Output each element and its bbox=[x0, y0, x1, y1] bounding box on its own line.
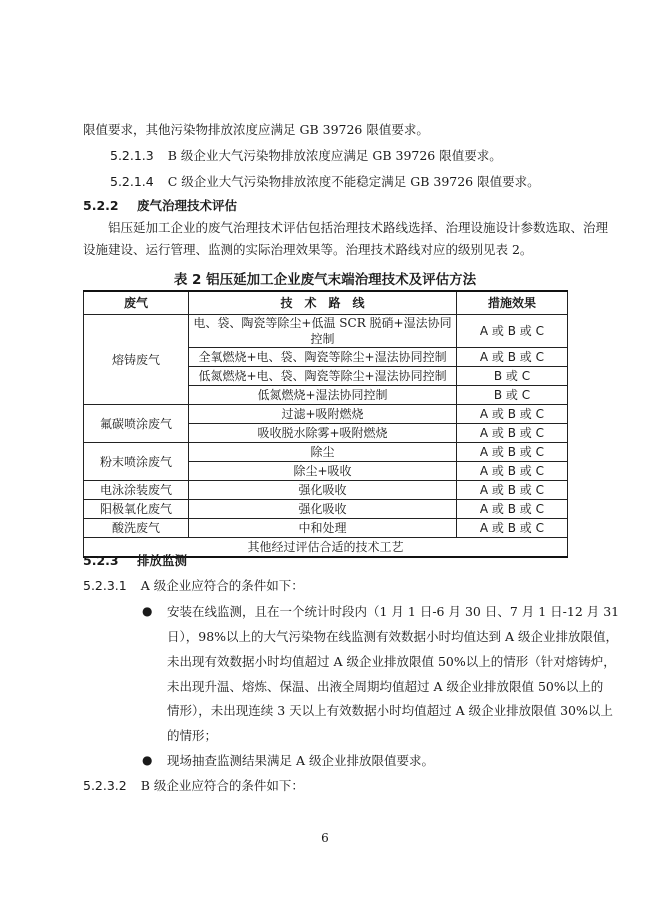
clause-5-2-3-2: 5.2.3.2 B 级企业应符合的条件如下： bbox=[83, 778, 304, 794]
bullet-1-line-2: 日），98%以上的大气污染物在线监测有效数据小时均值达到 A 级企业排放限值， bbox=[167, 629, 618, 645]
effect-cell: A 或 B 或 C bbox=[456, 348, 567, 367]
bullet-1-line-6: 的情形； bbox=[167, 728, 217, 744]
table-row: 熔铸废气 电、袋、陶瓷等除尘+低温 SCR 脱硝+湿法协同控制 A 或 B 或 … bbox=[84, 315, 568, 348]
route-cell: 中和处理 bbox=[189, 519, 457, 538]
clause-text: B 级企业大气污染物排放浓度应满足 GB 39726 限值要求。 bbox=[168, 148, 502, 163]
table-caption: 表 2 铝压延加工企业废气末端治理技术及评估方法 bbox=[0, 268, 650, 288]
bullet-icon: ● bbox=[142, 604, 152, 618]
header-gas: 废气 bbox=[84, 291, 189, 315]
bullet-2-text: 现场抽查监测结果满足 A 级企业排放限值要求。 bbox=[167, 753, 434, 769]
effect-cell: A 或 B 或 C bbox=[456, 500, 567, 519]
route-cell: 除尘 bbox=[189, 443, 457, 462]
route-cell: 低氮燃烧+湿法协同控制 bbox=[189, 386, 457, 405]
table-row: 粉末喷涂废气 除尘 A 或 B 或 C bbox=[84, 443, 568, 462]
bullet-1-line-3: 未出现有效数据小时均值超过 A 级企业排放限值 50%以上的情形（针对熔铸炉， bbox=[167, 654, 616, 670]
bullet-1-line-5: 情形），未出现连续 3 天以上有效数据小时均值超过 A 级企业排放限值 30%以… bbox=[167, 703, 613, 719]
section-number: 5.2.2 bbox=[83, 198, 119, 213]
clause-text: A 级企业应符合的条件如下： bbox=[141, 578, 304, 593]
route-cell: 电、袋、陶瓷等除尘+低温 SCR 脱硝+湿法协同控制 bbox=[189, 315, 457, 348]
clause-number: 5.2.1.3 bbox=[110, 148, 154, 163]
effect-cell: A 或 B 或 C bbox=[456, 519, 567, 538]
gas-cell: 阳极氧化废气 bbox=[84, 500, 189, 519]
effect-cell: B 或 C bbox=[456, 367, 567, 386]
clause-number: 5.2.1.4 bbox=[110, 174, 154, 189]
route-cell: 强化吸收 bbox=[189, 481, 457, 500]
bullet-icon: ● bbox=[142, 753, 152, 767]
table-row: 阳极氧化废气 强化吸收 A 或 B 或 C bbox=[84, 500, 568, 519]
section-5-2-2-heading: 5.2.2 废气治理技术评估 bbox=[83, 198, 237, 214]
gas-cell: 酸洗废气 bbox=[84, 519, 189, 538]
table-header-row: 废气 技 术 路 线 措施效果 bbox=[84, 291, 568, 315]
route-cell: 吸收脱水除雾+吸附燃烧 bbox=[189, 424, 457, 443]
treatment-technology-table: 废气 技 术 路 线 措施效果 熔铸废气 电、袋、陶瓷等除尘+低温 SCR 脱硝… bbox=[83, 290, 568, 558]
route-cell: 除尘+吸收 bbox=[189, 462, 457, 481]
table-row: 电泳涂装废气 强化吸收 A 或 B 或 C bbox=[84, 481, 568, 500]
gas-cell: 熔铸废气 bbox=[84, 315, 189, 405]
section-5-2-3-heading: 5.2.3 排放监测 bbox=[83, 553, 187, 569]
effect-cell: B 或 C bbox=[456, 386, 567, 405]
effect-cell: A 或 B 或 C bbox=[456, 443, 567, 462]
route-cell: 强化吸收 bbox=[189, 500, 457, 519]
effect-cell: A 或 B 或 C bbox=[456, 405, 567, 424]
clause-5-2-3-1: 5.2.3.1 A 级企业应符合的条件如下： bbox=[83, 578, 304, 594]
clause-number: 5.2.3.2 bbox=[83, 778, 127, 793]
paragraph-line-2: 设施建设、运行管理、监测的实际治理效果等。治理技术路线对应的级别见表 2。 bbox=[83, 242, 532, 258]
header-effect: 措施效果 bbox=[456, 291, 567, 315]
gas-cell: 粉末喷涂废气 bbox=[84, 443, 189, 481]
clause-5-2-1-3: 5.2.1.3 B 级企业大气污染物排放浓度应满足 GB 39726 限值要求。 bbox=[110, 148, 502, 164]
clause-text: B 级企业应符合的条件如下： bbox=[141, 778, 304, 793]
clause-number: 5.2.3.1 bbox=[83, 578, 127, 593]
section-title: 排放监测 bbox=[137, 553, 187, 568]
header-route: 技 术 路 线 bbox=[189, 291, 457, 315]
effect-cell: A 或 B 或 C bbox=[456, 462, 567, 481]
table-row: 氟碳喷涂废气 过滤+吸附燃烧 A 或 B 或 C bbox=[84, 405, 568, 424]
effect-cell: A 或 B 或 C bbox=[456, 481, 567, 500]
bullet-1-line-4: 未出现升温、熔炼、保温、出液全周期均值超过 A 级企业排放限值 50%以上的 bbox=[167, 679, 603, 695]
effect-cell: A 或 B 或 C bbox=[456, 424, 567, 443]
table-row: 酸洗废气 中和处理 A 或 B 或 C bbox=[84, 519, 568, 538]
gas-cell: 氟碳喷涂废气 bbox=[84, 405, 189, 443]
route-cell: 过滤+吸附燃烧 bbox=[189, 405, 457, 424]
clause-5-2-1-4: 5.2.1.4 C 级企业大气污染物排放浓度不能稳定满足 GB 39726 限值… bbox=[110, 174, 540, 190]
page-number: 6 bbox=[0, 831, 650, 845]
clause-text: C 级企业大气污染物排放浓度不能稳定满足 GB 39726 限值要求。 bbox=[168, 174, 540, 189]
route-cell: 低氮燃烧+电、袋、陶瓷等除尘+湿法协同控制 bbox=[189, 367, 457, 386]
route-cell: 全氧燃烧+电、袋、陶瓷等除尘+湿法协同控制 bbox=[189, 348, 457, 367]
section-title: 废气治理技术评估 bbox=[137, 198, 237, 213]
bullet-1-line-1: 安装在线监测，且在一个统计时段内（1 月 1 日-6 月 30 日、7 月 1 … bbox=[167, 604, 619, 620]
paragraph-line-1: 铝压延加工企业的废气治理技术评估包括治理技术路线选择、治理设施设计参数选取、治理 bbox=[108, 220, 608, 236]
paragraph-continuation: 限值要求，其他污染物排放浓度应满足 GB 39726 限值要求。 bbox=[83, 122, 429, 138]
gas-cell: 电泳涂装废气 bbox=[84, 481, 189, 500]
section-number: 5.2.3 bbox=[83, 553, 119, 568]
effect-cell: A 或 B 或 C bbox=[456, 315, 567, 348]
